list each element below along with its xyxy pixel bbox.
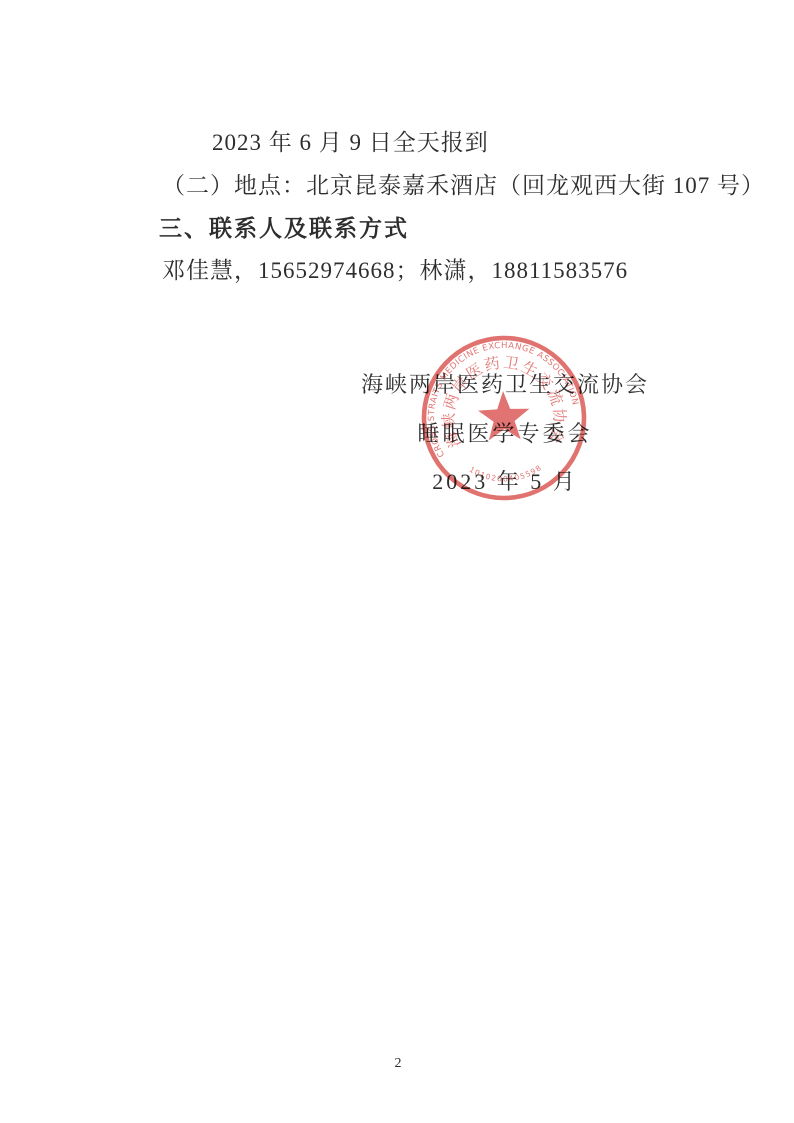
- location-line: （二）地点：北京昆泰嘉禾酒店（回龙观西大街 107 号）: [162, 167, 765, 200]
- contacts-line: 邓佳慧，15652974668；林潇，18811583576: [162, 252, 628, 285]
- document-page: 2023 年 6 月 9 日全天报到 （二）地点：北京昆泰嘉禾酒店（回龙观西大街…: [0, 0, 794, 1123]
- signature-date: 2023 年 5 月: [355, 465, 655, 496]
- signature-organization: 海峡两岸医药卫生交流协会: [355, 368, 655, 399]
- contacts-heading: 三、联系人及联系方式: [159, 210, 409, 243]
- page-number: 2: [388, 1056, 408, 1072]
- signature-block: 海峡两岸医药卫生交流协会 睡眠医学专委会 2023 年 5 月: [355, 368, 655, 496]
- report-date-line: 2023 年 6 月 9 日全天报到: [212, 124, 489, 157]
- signature-committee: 睡眠医学专委会: [355, 417, 655, 448]
